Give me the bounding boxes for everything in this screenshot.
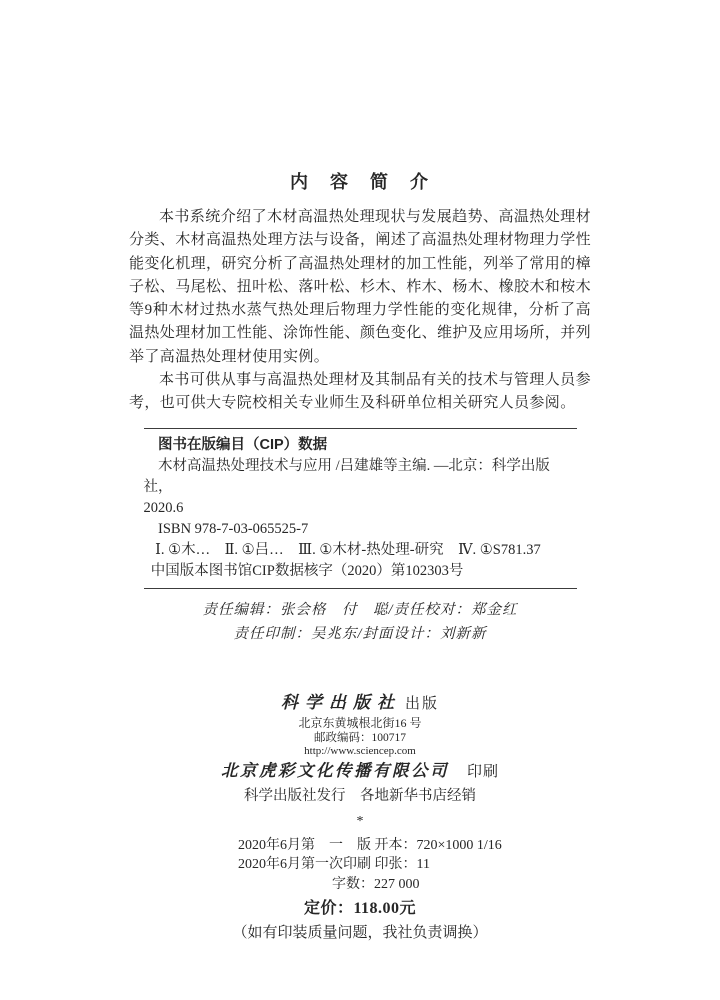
- cip-heading: 图书在版编目（CIP）数据: [144, 435, 577, 456]
- word-count: 字数：227 000: [332, 875, 720, 895]
- price-line: 定价：118.00元: [0, 899, 720, 919]
- publisher-website: http://www.sciencep.com: [0, 745, 720, 758]
- content-summary-title: 内 容 简 介: [129, 172, 591, 192]
- separator-star: *: [0, 815, 720, 829]
- printer-suffix: 印刷: [467, 764, 499, 780]
- format-spec: 开本：720×1000 1/16: [375, 838, 502, 853]
- publisher-name-line: 科学出版社 出版: [0, 692, 720, 715]
- printer-line: 北京虎彩文化传播有限公司 印刷: [0, 759, 720, 784]
- publisher-postcode: 邮政编码：100717: [0, 731, 720, 745]
- publisher-name-script: 科学出版社: [281, 693, 401, 712]
- summary-paragraph-2: 本书可供从事与高温热处理材及其制品有关的技术与管理人员参考，也可供大专院校相关专…: [129, 369, 591, 416]
- cip-isbn: ISBN 978-7-03-065525-7: [144, 519, 577, 540]
- publisher-name-suffix: 出版: [405, 696, 439, 712]
- printer-name-script: 北京虎彩文化传播有限公司: [221, 761, 449, 780]
- edition-date: 2020年6月第 一 版: [238, 836, 371, 856]
- sheet-count: 印张：11: [375, 857, 430, 872]
- colophon-lines: 2020年6月第 一 版 开本：720×1000 1/16 2020年6月第一次…: [238, 836, 720, 895]
- edition-line: 2020年6月第 一 版 开本：720×1000 1/16: [238, 836, 720, 856]
- publisher-block: 科学出版社 出版 北京东黄城根北街16 号 邮政编码：100717 http:/…: [0, 692, 720, 806]
- copyright-page: 内 容 简 介 本书系统介绍了木材高温热处理现状与发展趋势、高温热处理材分类、木…: [0, 0, 720, 1000]
- cip-classification: Ⅰ. ①木… Ⅱ. ①吕… Ⅲ. ①木材-热处理-研究 Ⅳ. ①S781.37: [144, 540, 577, 561]
- publisher-address: 北京东黄城根北街16 号: [0, 716, 720, 731]
- cip-entry-line1: 木材高温热处理技术与应用 /吕建雄等主编. —北京：科学出版社，: [144, 456, 577, 498]
- cip-entry-line2: 2020.6: [144, 498, 577, 519]
- staff-print-line: 责任印制：吴兆东/封面设计：刘新新: [0, 622, 720, 646]
- staff-credits: 责任编辑：张会格 付 聪/责任校对：郑金红 责任印制：吴兆东/封面设计：刘新新: [0, 598, 720, 646]
- summary-paragraph-1: 本书系统介绍了木材高温热处理现状与发展趋势、高温热处理材分类、木材高温热处理方法…: [129, 206, 591, 369]
- distribution-line: 科学出版社发行 各地新华书店经销: [0, 786, 720, 806]
- cip-record-number: 中国版本图书馆CIP数据核字（2020）第102303号: [144, 561, 577, 582]
- printing-line: 2020年6月第一次印刷 印张：11: [238, 855, 720, 875]
- colophon-section: 2020年6月第 一 版 开本：720×1000 1/16 2020年6月第一次…: [0, 836, 720, 944]
- exchange-note: （如有印装质量问题，我社负责调换）: [0, 923, 720, 943]
- printing-date: 2020年6月第一次印刷: [238, 855, 371, 875]
- staff-editors-line: 责任编辑：张会格 付 聪/责任校对：郑金红: [0, 598, 720, 622]
- content-summary-section: 内 容 简 介 本书系统介绍了木材高温热处理现状与发展趋势、高温热处理材分类、木…: [129, 0, 591, 416]
- cip-data-box: 图书在版编目（CIP）数据 木材高温热处理技术与应用 /吕建雄等主编. —北京：…: [144, 428, 577, 589]
